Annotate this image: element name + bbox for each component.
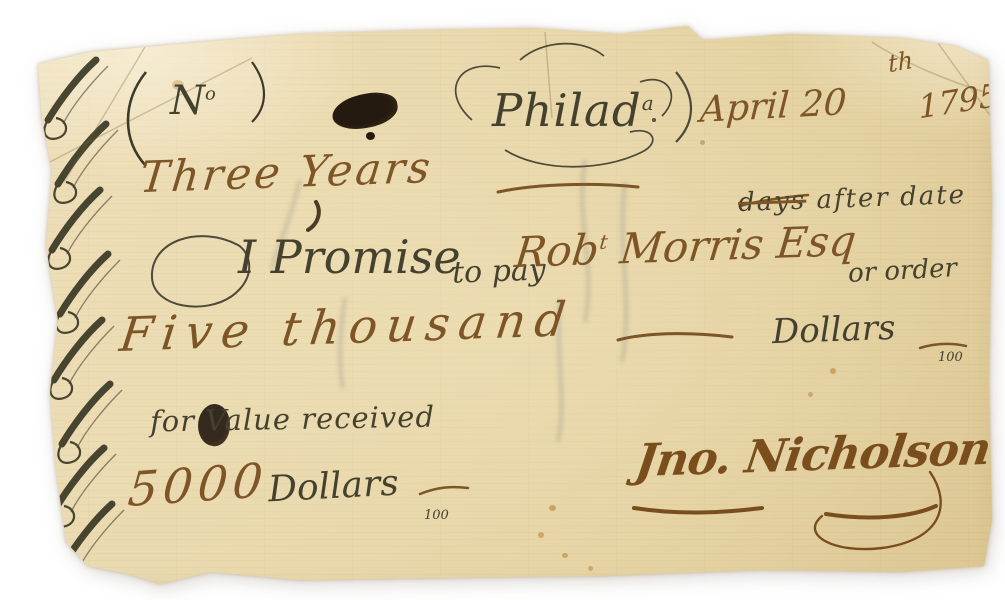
amount-words-text: Five thousand	[117, 292, 578, 363]
dollars-printed: Dollars	[771, 308, 896, 352]
term-printed: days after date	[738, 180, 967, 218]
value-received-text: for Value received	[150, 400, 436, 439]
payee-superscript: t	[598, 230, 609, 254]
promise-printed: I Promise	[238, 230, 461, 284]
number-superscript: o	[205, 84, 216, 105]
dollars2-fraction: 100	[424, 508, 449, 523]
payee-rest-text: Morris Esq	[618, 216, 859, 273]
scanned-promissory-note: No Philada April 20 th 1795 Three Years …	[0, 0, 1005, 600]
dollars-label-text: Dollars	[771, 308, 896, 352]
number-letter: N	[170, 78, 205, 124]
term-struck-word: days	[738, 186, 807, 218]
amount-figures-text: 5000	[126, 453, 270, 518]
amount-figures-handwritten: 5000	[126, 453, 270, 518]
number-ink-blot-drip	[366, 132, 375, 140]
signature: Jno. Nicholson	[632, 422, 993, 488]
amount-blank-dash	[618, 334, 732, 340]
payee-base-text: Rob	[513, 225, 602, 277]
term-printed-rest: after date	[816, 180, 967, 215]
signature-text: Jno. Nicholson	[632, 422, 993, 488]
left-edge-ornament	[44, 60, 124, 583]
comma-flourish	[308, 202, 319, 230]
fox-spot	[808, 392, 813, 397]
place-name-text: Philad	[492, 84, 642, 137]
dollars2-fraction-text: 100	[424, 508, 449, 523]
term-handwritten-text: Three Years	[137, 143, 435, 203]
order-printed-text: or order	[847, 253, 957, 289]
dollars-fraction-text: 100	[938, 350, 963, 365]
promise-main-text: I Promise	[238, 230, 461, 284]
figures-fraction-dash	[420, 487, 468, 494]
number-label: No	[170, 78, 216, 124]
fox-spot	[538, 532, 544, 538]
paper-shadow-wrap: No Philada April 20 th 1795 Three Years …	[0, 0, 1005, 600]
number-ink-blot	[330, 89, 401, 133]
amount-words-handwritten: Five thousand	[117, 292, 578, 363]
fox-spot	[549, 505, 556, 511]
fox-spot	[562, 553, 568, 558]
date-day: April 20	[699, 82, 847, 131]
date-handwritten: April 20	[699, 82, 847, 131]
note-paper: No Philada April 20 th 1795 Three Years …	[0, 0, 1005, 600]
order-printed: or order	[847, 253, 957, 289]
dollars2-printed: Dollars	[267, 463, 400, 511]
date-year-text: 1795	[918, 76, 1000, 127]
crease-top-left-2	[64, 42, 148, 182]
payee-handwritten: Robt Morris Esq	[513, 216, 859, 277]
value-received-printed: for Value received	[150, 400, 436, 439]
dollars-fraction-dash	[920, 344, 966, 348]
promise-initial-flourish	[152, 236, 249, 306]
place-name: Philada	[492, 84, 655, 137]
dollars-fraction: 100	[938, 350, 963, 365]
date-ordinal-text: th	[887, 46, 914, 78]
fox-spot	[830, 368, 836, 374]
place-superscript: a	[642, 91, 655, 115]
date-ordinal: th	[887, 46, 914, 78]
term-blank-dash	[498, 184, 638, 192]
fox-spot	[588, 566, 593, 571]
term-handwritten: Three Years	[137, 143, 435, 203]
stain-spot	[700, 140, 705, 145]
date-year: 1795	[918, 76, 1000, 127]
dollars2-label-text: Dollars	[267, 463, 400, 511]
